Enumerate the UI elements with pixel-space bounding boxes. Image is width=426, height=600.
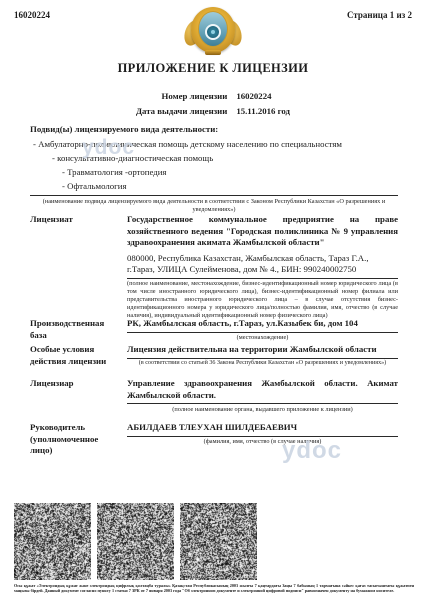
production-base-value: РК, Жамбылская область, г.Тараз, ул.Казы… (127, 318, 398, 330)
divider (30, 195, 398, 196)
licensor-value: Управление здравоохранения Жамбылской об… (127, 378, 398, 401)
activity-subtypes-section: Подвид(ы) лицензируемого вида деятельнос… (30, 124, 398, 214)
subtypes-heading: Подвид(ы) лицензируемого вида деятельнос… (30, 124, 398, 134)
qr-code (97, 503, 174, 580)
production-base-section: Производственная база РК, Жамбылская обл… (30, 318, 398, 342)
licensee-caption: (полное наименование, местонахождение, б… (127, 280, 398, 320)
production-base-caption: (местонахождение) (127, 334, 398, 342)
emblem-center-dot (211, 30, 215, 34)
legal-footnote: Осы құжат «Электрондық құжат және электр… (14, 583, 414, 593)
special-conditions-value: Лицензия действительна на территории Жам… (127, 344, 398, 356)
license-number-value: 16020224 (236, 91, 290, 101)
licensee-section: Лицензиат Государственное коммунальное п… (30, 214, 398, 320)
licensee-name: Государственное коммунальное предприятие… (127, 214, 398, 249)
license-date-label: Дата выдачи лицензии (136, 106, 227, 116)
head-caption: (фамилия, имя, отчество (в случае наличи… (127, 438, 398, 446)
head-section: Руководитель (уполномоченное лицо) АБИЛД… (30, 422, 398, 457)
page-title: ПРИЛОЖЕНИЕ К ЛИЦЕНЗИИ (0, 61, 426, 76)
license-attachment-page: 16020224 Страница 1 из 2 ПРИЛОЖЕНИЕ К ЛИ… (0, 0, 426, 600)
head-value: АБИЛДАЕВ ТЛЕУХАН ШИЛДЕБАЕВИЧ (127, 422, 398, 434)
qr-code (14, 503, 91, 580)
special-conditions-label: Особые условия действия лицензии (30, 344, 127, 368)
emblem-base (205, 50, 221, 55)
licensor-caption: (полное наименование органа, выдавшего п… (127, 406, 398, 414)
subtype-item: - Амбулаторно-поликлиническая помощь дет… (30, 137, 398, 151)
subtype-item: - Травматология -ортопедия (30, 165, 398, 179)
licensee-label: Лицензиат (30, 214, 127, 320)
qr-code (180, 503, 257, 580)
production-base-label: Производственная база (30, 318, 127, 342)
license-meta: Номер лицензии 16020224 Дата выдачи лице… (0, 86, 426, 116)
license-date-value: 15.11.2016 год (236, 106, 290, 116)
subtypes-caption: (наименование подвида лицензируемого вид… (30, 198, 398, 214)
licensee-address: 080000, Республика Казахстан, Жамбылская… (127, 253, 398, 276)
head-label: Руководитель (уполномоченное лицо) (30, 422, 127, 457)
special-conditions-section: Особые условия действия лицензии Лицензи… (30, 344, 398, 368)
licensor-label: Лицензиар (30, 378, 127, 413)
licensor-section: Лицензиар Управление здравоохранения Жам… (30, 378, 398, 413)
document-number-header: 16020224 (14, 10, 50, 20)
kazakhstan-coat-of-arms-icon (188, 6, 238, 55)
page-indicator: Страница 1 из 2 (347, 10, 412, 20)
license-number-label: Номер лицензии (136, 91, 227, 101)
subtype-item: - консультативно-диагностическая помощь (30, 151, 398, 165)
special-conditions-caption: (в соответствии со статьей 36 Закона Рес… (127, 360, 398, 368)
subtype-item: - Офтальмология (30, 179, 398, 193)
